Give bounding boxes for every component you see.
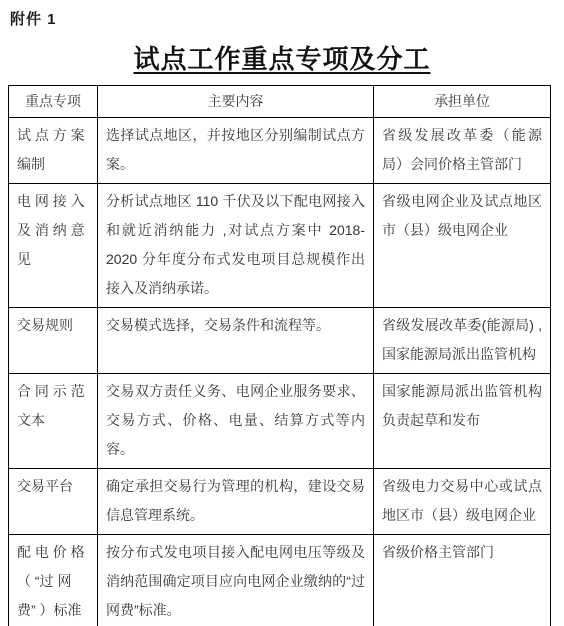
cell-project: 试 点 方 案 编制	[9, 118, 98, 184]
cell-unit: 省级价格主管部门	[374, 535, 551, 626]
column-header-unit: 承担单位	[374, 86, 551, 118]
table-row: 交易平台 确定承担交易行为管理的机构，建设交易信息管理系统。 省级电力交易中心或…	[9, 469, 551, 535]
table-row: 合 同 示 范 文本 交易双方责任义务、电网企业服务要求、交易方式、价格、电量、…	[9, 374, 551, 469]
cell-content: 分析试点地区 110 千伏及以下配电网接入和就近消纳能力 ,对试点方案中 201…	[98, 184, 374, 308]
table-row: 配 电 价 格 （ “过 网 费” ）标准 按分布式发电项目接入配电网电压等级及…	[9, 535, 551, 626]
cell-content: 按分布式发电项目接入配电网电压等级及消纳范围确定项目应向电网企业缴纳的“过网费”…	[98, 535, 374, 626]
column-header-project: 重点专项	[9, 86, 98, 118]
cell-project: 合 同 示 范 文本	[9, 374, 98, 469]
cell-unit: 国家能源局派出监管机构负责起草和发布	[374, 374, 551, 469]
table-row: 交易规则 交易模式选择，交易条件和流程等。 省级发展改革委(能源局) ,国家能源…	[9, 308, 551, 374]
cell-content: 交易双方责任义务、电网企业服务要求、交易方式、价格、电量、结算方式等内容。	[98, 374, 374, 469]
cell-content: 选择试点地区，并按地区分别编制试点方案。	[98, 118, 374, 184]
table-header-row: 重点专项 主要内容 承担单位	[9, 86, 551, 118]
cell-unit: 省级发展改革委(能源局) ,国家能源局派出监管机构	[374, 308, 551, 374]
cell-unit: 省级电网企业及试点地区市（县）级电网企业	[374, 184, 551, 308]
page-title: 试点工作重点专项及分工	[8, 39, 556, 76]
cell-project: 交易平台	[9, 469, 98, 535]
cell-unit: 省级电力交易中心或试点地区市（县）级电网企业	[374, 469, 551, 535]
cell-project: 电 网 接 入 及 消 纳 意 见	[9, 184, 98, 308]
table-row: 电 网 接 入 及 消 纳 意 见 分析试点地区 110 千伏及以下配电网接入和…	[9, 184, 551, 308]
cell-content: 交易模式选择，交易条件和流程等。	[98, 308, 374, 374]
table-row: 试 点 方 案 编制 选择试点地区，并按地区分别编制试点方案。 省级发展改革委（…	[9, 118, 551, 184]
cell-content: 确定承担交易行为管理的机构，建设交易信息管理系统。	[98, 469, 374, 535]
document-page: 附件 1 试点工作重点专项及分工 重点专项 主要内容 承担单位 试 点 方 案 …	[0, 0, 564, 626]
column-header-content: 主要内容	[98, 86, 374, 118]
cell-project: 配 电 价 格 （ “过 网 费” ）标准	[9, 535, 98, 626]
cell-unit: 省级发展改革委（能源局）会同价格主管部门	[374, 118, 551, 184]
attachment-label: 附件 1	[10, 8, 556, 29]
cell-project: 交易规则	[9, 308, 98, 374]
assignments-table: 重点专项 主要内容 承担单位 试 点 方 案 编制 选择试点地区，并按地区分别编…	[8, 85, 551, 626]
